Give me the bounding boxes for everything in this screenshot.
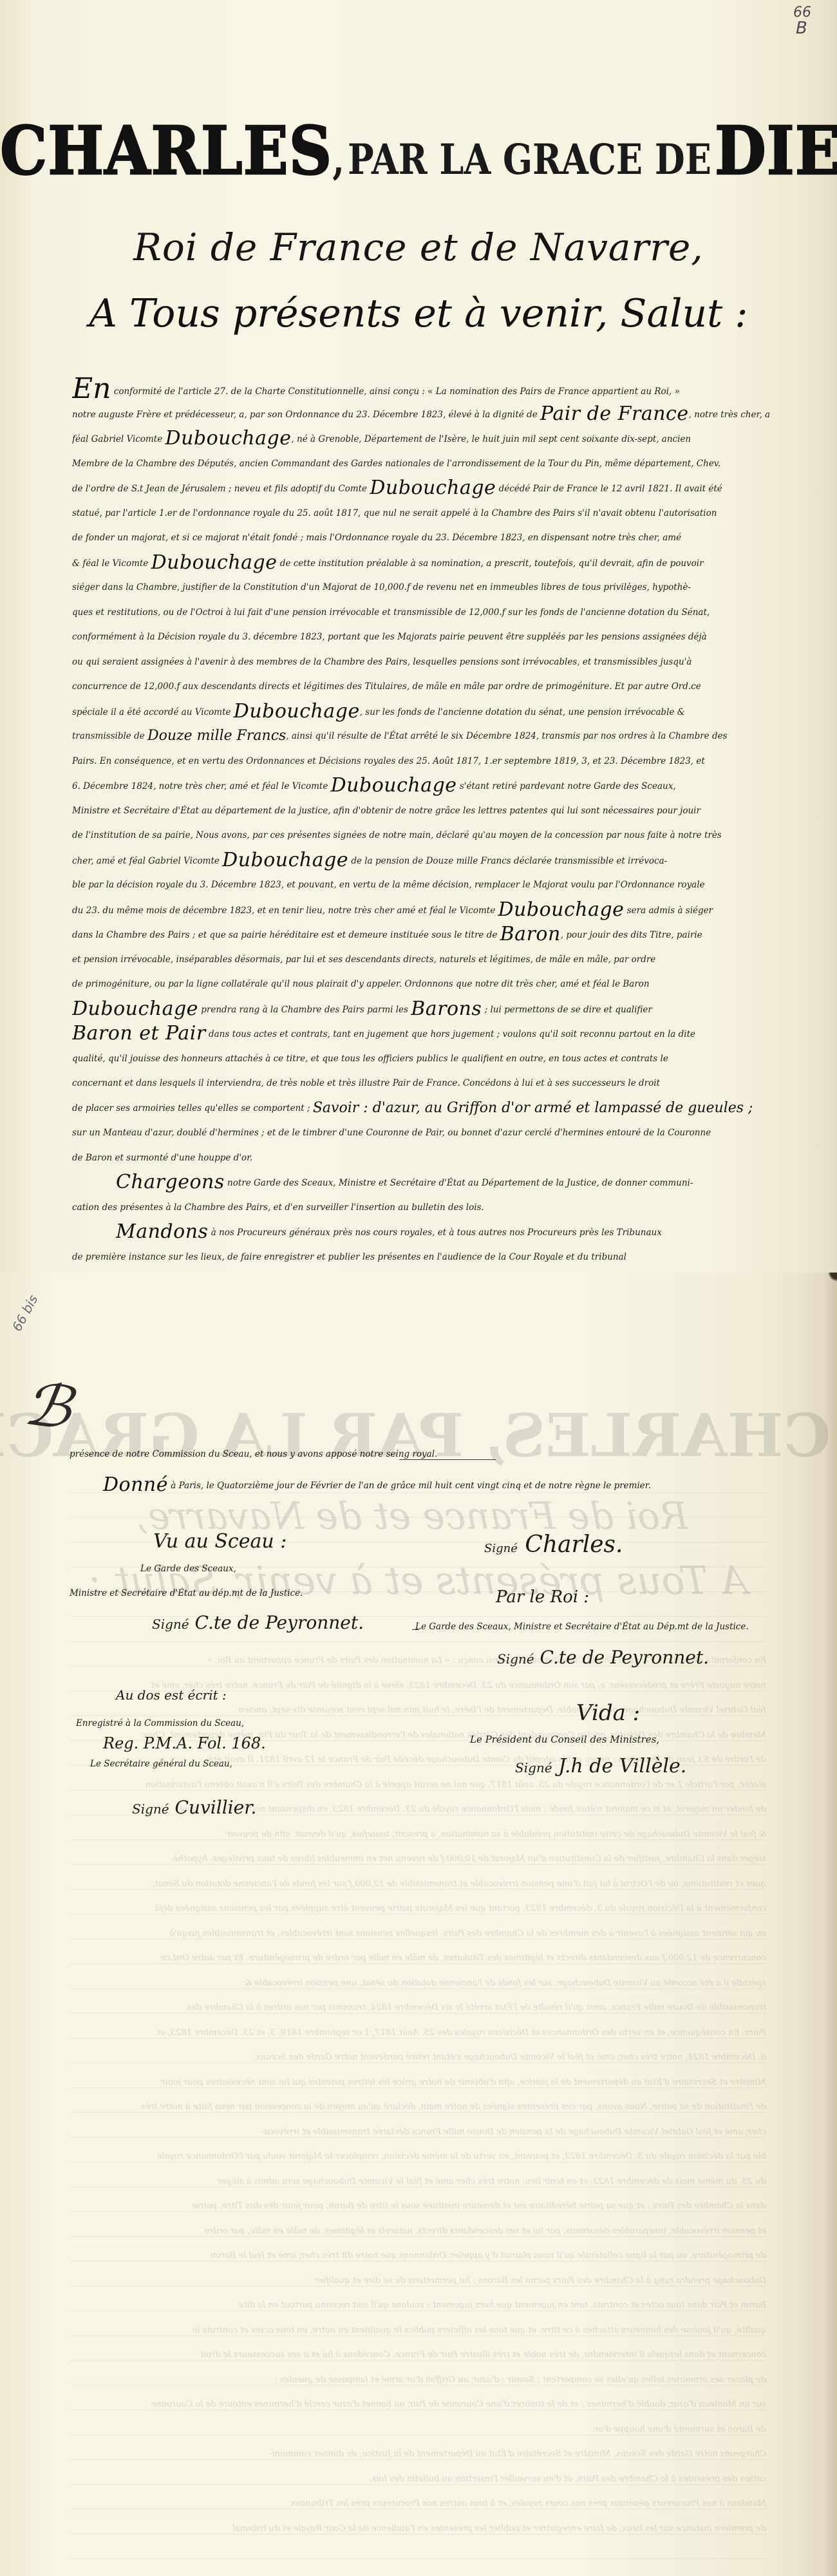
text-line: ou qui seraient assignées à l'avenir à d… bbox=[72, 650, 771, 675]
text-segment: dans la Chambre des Pairs ; et que sa pa… bbox=[72, 930, 500, 940]
page-recto: 66 B CHARLES, PAR LA GRACE DE DIEU, Roi … bbox=[0, 0, 837, 1273]
text-line: du 23. du même mois de décembre 1823, et… bbox=[72, 898, 771, 923]
text-segment: Pairs. En conséquence, et en vertu des O… bbox=[72, 756, 705, 766]
folio-mark: B bbox=[796, 21, 811, 36]
page-corner-shadow bbox=[828, 1273, 837, 1298]
signature-peyronnet-left: Signé C.te de Peyronnet. bbox=[152, 1612, 364, 1633]
vu-au-sceau: Vu au Sceau : bbox=[153, 1530, 287, 1553]
text-line: Ministre et Secrétaire d'État au départe… bbox=[72, 799, 771, 824]
registre-reference: Reg. P.M.A. Fol. 168. bbox=[103, 1734, 266, 1752]
text-segment: cation des présentes à la Chambre des Pa… bbox=[72, 1202, 484, 1213]
text-segment: concernant et dans lesquels il intervien… bbox=[72, 1078, 660, 1088]
text-segment: de l'ordre de S.t Jean de Jérusalem ; ne… bbox=[72, 484, 370, 494]
donne-word: Donné bbox=[103, 1473, 168, 1496]
text-segment: Ministre et Secrétaire d'État au départe… bbox=[72, 806, 701, 816]
closing-line: présence de notre Commission du Sceau, e… bbox=[70, 1449, 437, 1459]
text-line: conformément à la Décision royale du 3. … bbox=[72, 625, 771, 650]
text-segment: spéciale il a été accordé au Vicomte bbox=[72, 707, 234, 717]
text-segment: de fonder un majorat, et si ce majorat n… bbox=[72, 533, 681, 543]
text-line: Pairs. En conséquence, et en vertu des O… bbox=[72, 749, 771, 774]
heading-dieu: DIEU bbox=[715, 112, 837, 190]
text-segment: notre Garde des Sceaux, Ministre et Secr… bbox=[225, 1178, 693, 1188]
heading-comma: , bbox=[332, 135, 344, 184]
emphasized-name: Barons bbox=[411, 998, 482, 1020]
text-segment: , notre très cher, amé et bbox=[689, 410, 771, 420]
signe-label: Signé bbox=[484, 1542, 518, 1555]
emphasized-name: Dubouchage bbox=[234, 700, 360, 723]
text-line: de placer ses armoiries telles qu'elles … bbox=[72, 1096, 771, 1121]
text-segment: de l'institution de sa pairie, Nous avon… bbox=[72, 830, 722, 840]
signature-peyronnet-right: Signé C.te de Peyronnet. bbox=[497, 1647, 709, 1668]
signature-text: C.te de Peyronnet. bbox=[540, 1647, 709, 1668]
text-line: siéger dans la Chambre, justifier de la … bbox=[72, 575, 771, 600]
text-segment: Membre de la Chambre des Députés, ancien… bbox=[72, 459, 720, 469]
par-le-roi: Par le Roi : bbox=[496, 1587, 589, 1607]
text-segment: sur un Manteau d'azur, doublé d'hermines… bbox=[72, 1128, 711, 1138]
text-segment: féal Gabriel Vicomte bbox=[72, 434, 165, 444]
emphasized-name: Baron bbox=[500, 923, 561, 945]
emphasized-name: Dubouchage bbox=[498, 898, 625, 921]
text-segment: qualité, qu'il jouisse des honneurs atta… bbox=[72, 1054, 668, 1064]
text-segment: conformément à la Décision royale du 3. … bbox=[72, 632, 707, 642]
garde-des-sceaux-title-right: Le Garde des Sceaux, Ministre et Secréta… bbox=[415, 1622, 749, 1632]
emphasized-name: Dubouchage bbox=[151, 551, 277, 574]
king-signature: Signé Charles. bbox=[484, 1531, 623, 1558]
text-segment: transmissible de bbox=[72, 731, 147, 741]
garde-des-sceaux-label: Le Garde des Sceaux, bbox=[140, 1564, 236, 1574]
folio-number: 66 B bbox=[793, 5, 811, 36]
emphasized-name: Baron et Pair bbox=[72, 1022, 206, 1045]
text-segment: de la pension de Douze mille Francs décl… bbox=[348, 856, 667, 866]
text-line: spéciale il a été accordé au Vicomte Dub… bbox=[72, 699, 771, 724]
text-line: concurrence de 12,000.f aux descendants … bbox=[72, 674, 771, 699]
text-segment: conformité de l'article 27. de la Charte… bbox=[111, 386, 679, 397]
text-segment: siéger dans la Chambre, justifier de la … bbox=[72, 582, 691, 592]
emphasized-name: Dubouchage bbox=[165, 427, 292, 450]
royal-heading: CHARLES, PAR LA GRACE DE DIEU, bbox=[0, 116, 837, 185]
text-segment: de placer ses armoiries telles qu'elles … bbox=[72, 1103, 313, 1113]
text-line: ques et restitutions, ou de l'Octroi à l… bbox=[72, 600, 771, 625]
text-line: de première instance sur les lieux, de f… bbox=[72, 1245, 771, 1270]
royal-title: Roi de France et de Navarre, bbox=[0, 225, 837, 269]
text-line: féal Gabriel Vicomte Dubouchage, né à Gr… bbox=[72, 426, 771, 451]
text-line: Dubouchage prendra rang à la Chambre des… bbox=[72, 997, 771, 1022]
ministre-label: Ministre et Secrétaire d'État au dép.mt … bbox=[70, 1588, 303, 1598]
president-conseil-label: Le Président du Conseil des Ministres, bbox=[470, 1734, 659, 1745]
text-line: de Baron et surmonté d'une houppe d'or. bbox=[72, 1146, 771, 1171]
text-segment: de primogéniture, ou par la ligne collat… bbox=[72, 979, 650, 989]
signature-text: J.h de Villèle. bbox=[558, 1755, 686, 1777]
text-segment: s'étant retiré pardevant notre Garde des… bbox=[457, 781, 676, 791]
text-segment: du 23. du même mois de décembre 1823, et… bbox=[72, 905, 498, 916]
text-segment: notre auguste Frère et prédécesseur, a, … bbox=[72, 410, 540, 420]
text-segment: , né à Grenoble, Département de l'Isère,… bbox=[291, 434, 691, 444]
flourish-line bbox=[399, 1459, 496, 1460]
signe-label: Signé bbox=[152, 1616, 189, 1632]
signature-villele: Signé J.h de Villèle. bbox=[515, 1755, 686, 1777]
text-segment: sera admis à siéger bbox=[624, 905, 713, 916]
text-segment: ou qui seraient assignées à l'avenir à d… bbox=[72, 657, 691, 667]
emphasized-name: Dubouchage bbox=[370, 477, 496, 499]
text-segment: ques et restitutions, ou de l'Octroi à l… bbox=[72, 607, 710, 618]
text-line: Mandons à nos Procureurs généraux près n… bbox=[72, 1220, 771, 1245]
text-segment: ble par la décision royale du 3. Décembr… bbox=[72, 880, 705, 890]
text-line: Chargeons notre Garde des Sceaux, Minist… bbox=[72, 1170, 771, 1195]
text-line: Membre de la Chambre des Députés, ancien… bbox=[72, 451, 771, 477]
text-segment: & féal le Vicomte bbox=[72, 558, 151, 569]
donne-text: à Paris, le Quatorzième jour de Février … bbox=[168, 1481, 651, 1491]
text-line: ble par la décision royale du 3. Décembr… bbox=[72, 873, 771, 898]
text-line: de l'institution de sa pairie, Nous avon… bbox=[72, 823, 771, 848]
text-line: notre auguste Frère et prédécesseur, a, … bbox=[72, 402, 771, 427]
signe-label: Signé bbox=[497, 1651, 534, 1667]
text-line: de l'ordre de S.t Jean de Jérusalem ; ne… bbox=[72, 476, 771, 501]
signature-text: Cuvillier. bbox=[175, 1797, 257, 1818]
text-line: Baron et Pair dans tous actes et contrat… bbox=[72, 1021, 771, 1046]
emphasized-name: Dubouchage bbox=[222, 849, 348, 871]
heading-par-la-grace-de: PAR LA GRACE DE bbox=[348, 135, 711, 184]
text-segment: , ainsi qu'il résulte de l'État arrêté l… bbox=[286, 731, 727, 741]
text-segment: 6. Décembre 1824, notre très cher, amé e… bbox=[72, 781, 331, 791]
text-segment: , sur les fonds de l'ancienne dotation d… bbox=[360, 707, 685, 717]
text-segment: cher, amé et féal Gabriel Vicomte bbox=[72, 856, 222, 866]
signe-label: Signé bbox=[132, 1801, 169, 1817]
text-segment: concurrence de 12,000.f aux descendants … bbox=[72, 681, 701, 692]
emphasized-name: Pair de France bbox=[540, 402, 689, 425]
emphasized-phrase: Douze mille Francs bbox=[147, 728, 286, 744]
text-line: 6. Décembre 1824, notre très cher, amé e… bbox=[72, 773, 771, 799]
text-segment: de Baron et surmonté d'une houppe d'or. bbox=[72, 1153, 252, 1163]
enregistre-label: Enregistré à la Commission du Sceau, bbox=[76, 1718, 244, 1728]
text-segment: statué, par l'article 1.er de l'ordonnan… bbox=[72, 508, 717, 518]
drop-capital: En bbox=[72, 377, 111, 402]
signature-text: C.te de Peyronnet. bbox=[195, 1612, 364, 1633]
text-line: cation des présentes à la Chambre des Pa… bbox=[72, 1195, 771, 1220]
text-line: sur un Manteau d'azur, doublé d'hermines… bbox=[72, 1121, 771, 1146]
bracket-flourish-icon: ℬ bbox=[20, 1368, 76, 1443]
emphasized-name: Dubouchage bbox=[331, 774, 457, 797]
text-line: En conformité de l'article 27. de la Cha… bbox=[72, 377, 771, 402]
text-segment: ; lui permettons de se dire et qualifier bbox=[482, 1005, 652, 1015]
vida-label: Vida : bbox=[576, 1700, 640, 1726]
text-segment: , pour jouir des dits Titre, pairie bbox=[561, 930, 702, 940]
emphasized-phrase: Savoir : d'azur, au Griffon d'or armé et… bbox=[313, 1100, 753, 1116]
text-line: de primogéniture, ou par la ligne collat… bbox=[72, 972, 771, 997]
flourish-line bbox=[412, 1629, 418, 1630]
signe-label: Signé bbox=[515, 1760, 552, 1776]
heading-charles: CHARLES bbox=[0, 112, 332, 190]
emphasized-name: Mandons bbox=[116, 1220, 208, 1243]
emphasized-name: Dubouchage bbox=[72, 998, 198, 1020]
text-segment: de première instance sur les lieux, de f… bbox=[72, 1252, 626, 1262]
text-line: concernant et dans lesquels il intervien… bbox=[72, 1071, 771, 1096]
text-line: qualité, qu'il jouisse des honneurs atta… bbox=[72, 1046, 771, 1072]
text-line: cher, amé et féal Gabriel Vicomte Dubouc… bbox=[72, 848, 771, 873]
text-line: & féal le Vicomte Dubouchage de cette in… bbox=[72, 551, 771, 576]
text-segment: prendra rang à la Chambre des Pairs parm… bbox=[198, 1005, 411, 1015]
text-segment: et pension irrévocable, inséparables dés… bbox=[72, 954, 655, 965]
text-segment: dans tous actes et contrats, tant en jug… bbox=[206, 1029, 695, 1039]
letters-patent-body: En conformité de l'article 27. de la Cha… bbox=[72, 377, 771, 1273]
signature-text: Charles. bbox=[525, 1531, 623, 1558]
text-segment: à nos Procureurs généraux près nos cours… bbox=[208, 1227, 661, 1238]
signature-cuvillier: Signé Cuvillier. bbox=[132, 1797, 256, 1818]
au-dos-label: Au dos est écrit : bbox=[116, 1687, 227, 1703]
text-line: dans la Chambre des Pairs ; et que sa pa… bbox=[72, 922, 771, 947]
text-line: et pension irrévocable, inséparables dés… bbox=[72, 947, 771, 972]
secretaire-general-label: Le Secrétaire général du Sceau, bbox=[90, 1759, 232, 1769]
donne-line: Donné à Paris, le Quatorzième jour de Fé… bbox=[103, 1473, 651, 1496]
emphasized-name: Chargeons bbox=[116, 1171, 225, 1193]
text-segment: décédé Pair de France le 12 avril 1821. … bbox=[496, 484, 722, 494]
salutation: A Tous présents et à venir, Salut : bbox=[0, 291, 837, 336]
text-line: de fonder un majorat, et si ce majorat n… bbox=[72, 526, 771, 551]
text-segment: de cette institution préalable à sa nomi… bbox=[277, 558, 704, 569]
text-line: transmissible de Douze mille Francs, ain… bbox=[72, 724, 771, 749]
text-line: statué, par l'article 1.er de l'ordonnan… bbox=[72, 501, 771, 526]
